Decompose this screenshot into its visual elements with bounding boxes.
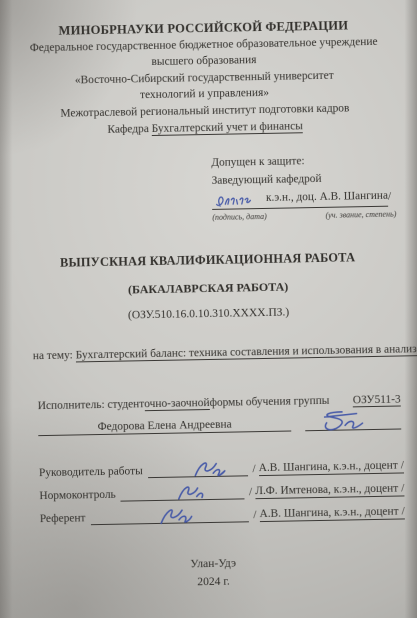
work-subtitle: (БАКАЛАВРСКАЯ РАБОТА) <box>0 277 417 300</box>
supervisor-signature-line <box>148 462 248 478</box>
person-name: Л.Ф. Имтенова, к.э.н., доцент <box>255 483 398 498</box>
department-prefix: Кафедра <box>107 123 151 136</box>
executor-name-row: Федорова Елена Андреевна <box>38 414 401 436</box>
department-name: Бухгалтерский учет и финансы <box>152 120 303 136</box>
referent-row: Референт / А.В. Шангина, к.э.н., доцент/ <box>40 505 405 526</box>
person-name: А.В. Шангина, к.э.н., доцент <box>259 506 398 521</box>
topic-line: на тему: Бухгалтерский баланс: техника с… <box>33 343 406 362</box>
normcontrol-role: Нормоконтроль <box>39 489 121 503</box>
document-header: МИНОБРНАУКИ РОССИЙСКОЙ ФЕДЕРАЦИИ Федерал… <box>0 16 414 140</box>
committee-block: Руководитель работы / А.В. Шангина, к.э.… <box>39 459 405 535</box>
signature-line: к.э.н., доц. А.В. Шангина <box>212 188 388 210</box>
executor-suffix: формы обучения группы <box>209 395 329 409</box>
student-signature-ink-icon <box>313 406 376 437</box>
head-signature-ink-icon <box>214 190 266 211</box>
work-title: ВЫПУСКНАЯ КВАЛИФИКАЦИОННАЯ РАБОТА <box>0 249 416 272</box>
referent-signature-ink-icon <box>157 504 195 527</box>
student-name: Федорова Елена Андреевна <box>38 418 291 437</box>
topic-text: Бухгалтерский баланс: техника составлени… <box>76 343 417 362</box>
topic-prefix: на тему: <box>33 349 76 362</box>
work-code: (ОЗУ.510.16.0.10.310.ХХХХ.ПЗ.) <box>0 304 417 324</box>
photographed-title-page: МИНОБРНАУКИ РОССИЙСКОЙ ФЕДЕРАЦИИ Федерал… <box>0 0 417 618</box>
head-signature-row: к.э.н., доц. А.В. Шангина / <box>212 188 396 210</box>
supervisor-signature-ink-icon <box>189 458 227 481</box>
caption-rank-degree: (уч. звание, степень) <box>325 208 396 220</box>
person-name: А.В. Шангина, к.э.н., доцент <box>259 460 398 475</box>
referent-signature-line <box>90 508 248 525</box>
normcontrol-signature-line <box>121 485 245 501</box>
head-of-department-line: Заведующий кафедрой <box>211 169 395 190</box>
normcontrol-row: Нормоконтроль / Л.Ф. Имтенова, к.э.н., д… <box>39 482 404 503</box>
head-person: к.э.н., доц. А.В. Шангина <box>266 188 388 208</box>
slash-close: / <box>398 459 404 471</box>
slash-close: / <box>398 505 404 517</box>
executor-prefix: Исполнитель: студент <box>38 398 145 412</box>
normcontrol-signature-ink-icon <box>172 481 210 504</box>
supervisor-row: Руководитель работы / А.В. Шангина, к.э.… <box>39 459 404 480</box>
caption-signature-date: (подпись, дата) <box>212 210 267 222</box>
executor-block: Исполнитель: студент очно-заочной формы … <box>38 393 402 436</box>
signature-captions: (подпись, дата) (уч. звание, степень) <box>212 208 396 222</box>
head-person-slash: / <box>388 189 391 207</box>
slash-close: / <box>398 482 404 494</box>
study-form: очно-заочной <box>144 397 210 411</box>
referent-role: Референт <box>40 512 91 526</box>
document-sheet: МИНОБРНАУКИ РОССИЙСКОЙ ФЕДЕРАЦИИ Федерал… <box>0 0 417 618</box>
supervisor-role: Руководитель работы <box>39 465 148 480</box>
normcontrol-person: Л.Ф. Имтенова, к.э.н., доцент/ <box>255 482 404 499</box>
approval-block: Допущен к защите: Заведующий кафедрой к.… <box>211 152 396 223</box>
student-signature-line <box>305 414 401 431</box>
work-title-block: ВЫПУСКНАЯ КВАЛИФИКАЦИОННАЯ РАБОТА (БАКАЛ… <box>0 249 417 324</box>
referent-person: А.В. Шангина, к.э.н., доцент/ <box>259 505 405 522</box>
supervisor-person: А.В. Шангина, к.э.н., доцент/ <box>259 459 405 476</box>
footer-block: Улан-Удэ 2024 г. <box>5 551 417 594</box>
